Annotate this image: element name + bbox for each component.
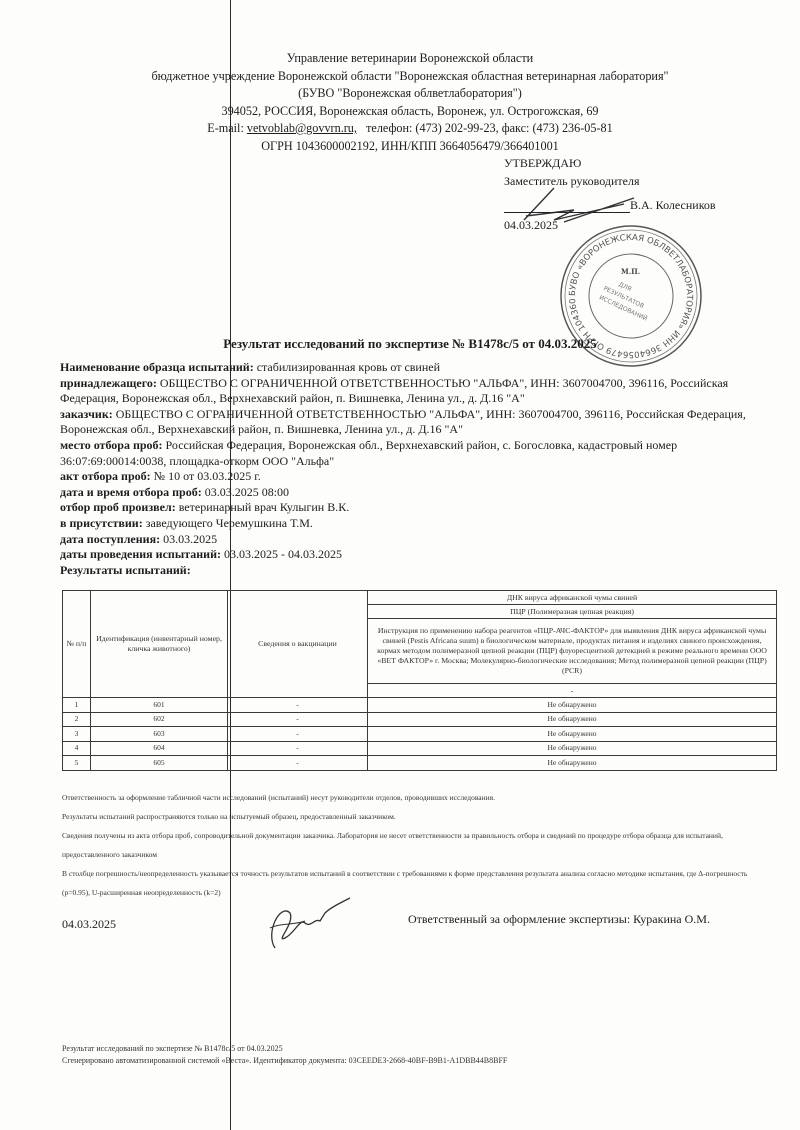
row-vaccination: - (228, 756, 368, 771)
row-result: Не обнаружено (368, 698, 777, 713)
col-header-method-document: Инструкция по применению набора реагенто… (368, 619, 777, 684)
footer-generated-id: Сгенерировано автоматизированной системо… (62, 1055, 507, 1067)
sample-info: Наименование образца испытаний: стабилиз… (60, 360, 760, 578)
note-uncertainty: В столбце погрешность/неопределенность у… (62, 864, 772, 902)
signature-line (504, 212, 630, 213)
row-result: Не обнаружено (368, 741, 777, 756)
org-short-name: (БУВО "Воронежская облветлаборатория") (60, 85, 760, 103)
row-number: 2 (63, 712, 91, 727)
sampling-act: акт отбора проб: № 10 от 03.03.2025 г. (60, 469, 760, 485)
footer-reference: Результат исследований по экспертизе № В… (62, 1043, 507, 1055)
footer-date: 04.03.2025 (62, 917, 116, 932)
row-identification: 601 (91, 698, 228, 713)
signature-icon (514, 176, 644, 226)
org-contacts: E-mail: vetvoblab@govvrn.ru, телефон: (4… (60, 120, 760, 138)
note-responsibility: Ответственность за оформление табличной … (62, 788, 772, 807)
col-header-number: № п/п (63, 591, 91, 698)
row-identification: 603 (91, 727, 228, 742)
col-header-method: ПЦР (Полимеразная цепная реакция) (368, 605, 777, 619)
email-link[interactable]: vetvoblab@govvrn.ru, (247, 121, 357, 135)
results-table: № п/п Идентификация (инвентарный номер, … (62, 590, 777, 771)
document-title: Результат исследований по экспертизе № В… (60, 336, 760, 352)
note-scope: Результаты испытаний распространяются то… (62, 807, 772, 826)
table-row: 5 605 - Не обнаружено (63, 756, 777, 771)
sampling-place: место отбора проб: Российская Федерация,… (60, 438, 760, 469)
row-vaccination: - (228, 698, 368, 713)
row-identification: 605 (91, 756, 228, 771)
org-registration: ОГРН 1043600002192, ИНН/КПП 3664056479/3… (60, 138, 760, 156)
letterhead: Управление ветеринарии Воронежской облас… (60, 50, 760, 155)
approval-signature-row: В.А. Колесников (504, 190, 764, 216)
org-name: бюджетное учреждение Воронежской области… (60, 68, 760, 86)
email-label: E-mail: (207, 121, 244, 135)
row-result: Не обнаружено (368, 756, 777, 771)
note-sampling: Сведения получены из акта отбора проб, с… (62, 826, 772, 864)
row-number: 5 (63, 756, 91, 771)
notes: Ответственность за оформление табличной … (62, 812, 772, 902)
col-header-identification: Идентификация (инвентарный номер, кличка… (91, 591, 228, 698)
row-identification: 602 (91, 712, 228, 727)
owner: принадлежащего: ОБЩЕСТВО С ОГРАНИЧЕННОЙ … (60, 376, 760, 407)
sampler: отбор проб произвел: ветеринарный врач К… (60, 500, 760, 516)
col-header-vaccination: Сведения о вакцинации (228, 591, 368, 698)
phone-fax: телефон: (473) 202-99-23, факс: (473) 23… (366, 121, 613, 135)
responsible-person: Ответственный за оформление экспертизы: … (408, 912, 710, 927)
sampling-datetime: дата и время отбора проб: 03.03.2025 08:… (60, 485, 760, 501)
row-result: Не обнаружено (368, 712, 777, 727)
row-number: 4 (63, 741, 91, 756)
row-vaccination: - (228, 741, 368, 756)
approver-name: В.А. Колесников (630, 196, 716, 214)
approval-title: УТВЕРЖДАЮ (504, 154, 764, 172)
row-number: 1 (63, 698, 91, 713)
row-identification: 604 (91, 741, 228, 756)
col-header-indicator: ДНК вируса африканской чумы свиней (368, 591, 777, 605)
row-result: Не обнаружено (368, 727, 777, 742)
received-date: дата поступления: 03.03.2025 (60, 532, 760, 548)
row-number: 3 (63, 727, 91, 742)
table-row: 1 601 - Не обнаружено (63, 698, 777, 713)
org-parent: Управление ветеринарии Воронежской облас… (60, 50, 760, 68)
customer: заказчик: ОБЩЕСТВО С ОГРАНИЧЕННОЙ ОТВЕТС… (60, 407, 760, 438)
row-vaccination: - (228, 727, 368, 742)
sample-name: Наименование образца испытаний: стабилиз… (60, 360, 760, 376)
table-row: 3 603 - Не обнаружено (63, 727, 777, 742)
svg-text:М.П.: М.П. (621, 267, 640, 276)
row-vaccination: - (228, 712, 368, 727)
document-footer: Результат исследований по экспертизе № В… (62, 1043, 507, 1067)
table-row: 2 602 - Не обнаружено (63, 712, 777, 727)
presence: в присутствии: заведующего Черемушкина Т… (60, 516, 760, 532)
results-heading: Результаты испытаний: (60, 563, 760, 579)
test-dates: даты проведения испытаний: 03.03.2025 - … (60, 547, 760, 563)
table-row: 4 604 - Не обнаружено (63, 741, 777, 756)
org-address: 394052, РОССИЯ, Воронежская область, Вор… (60, 103, 760, 121)
col-header-norm: - (368, 684, 777, 698)
signature-icon (255, 893, 355, 953)
